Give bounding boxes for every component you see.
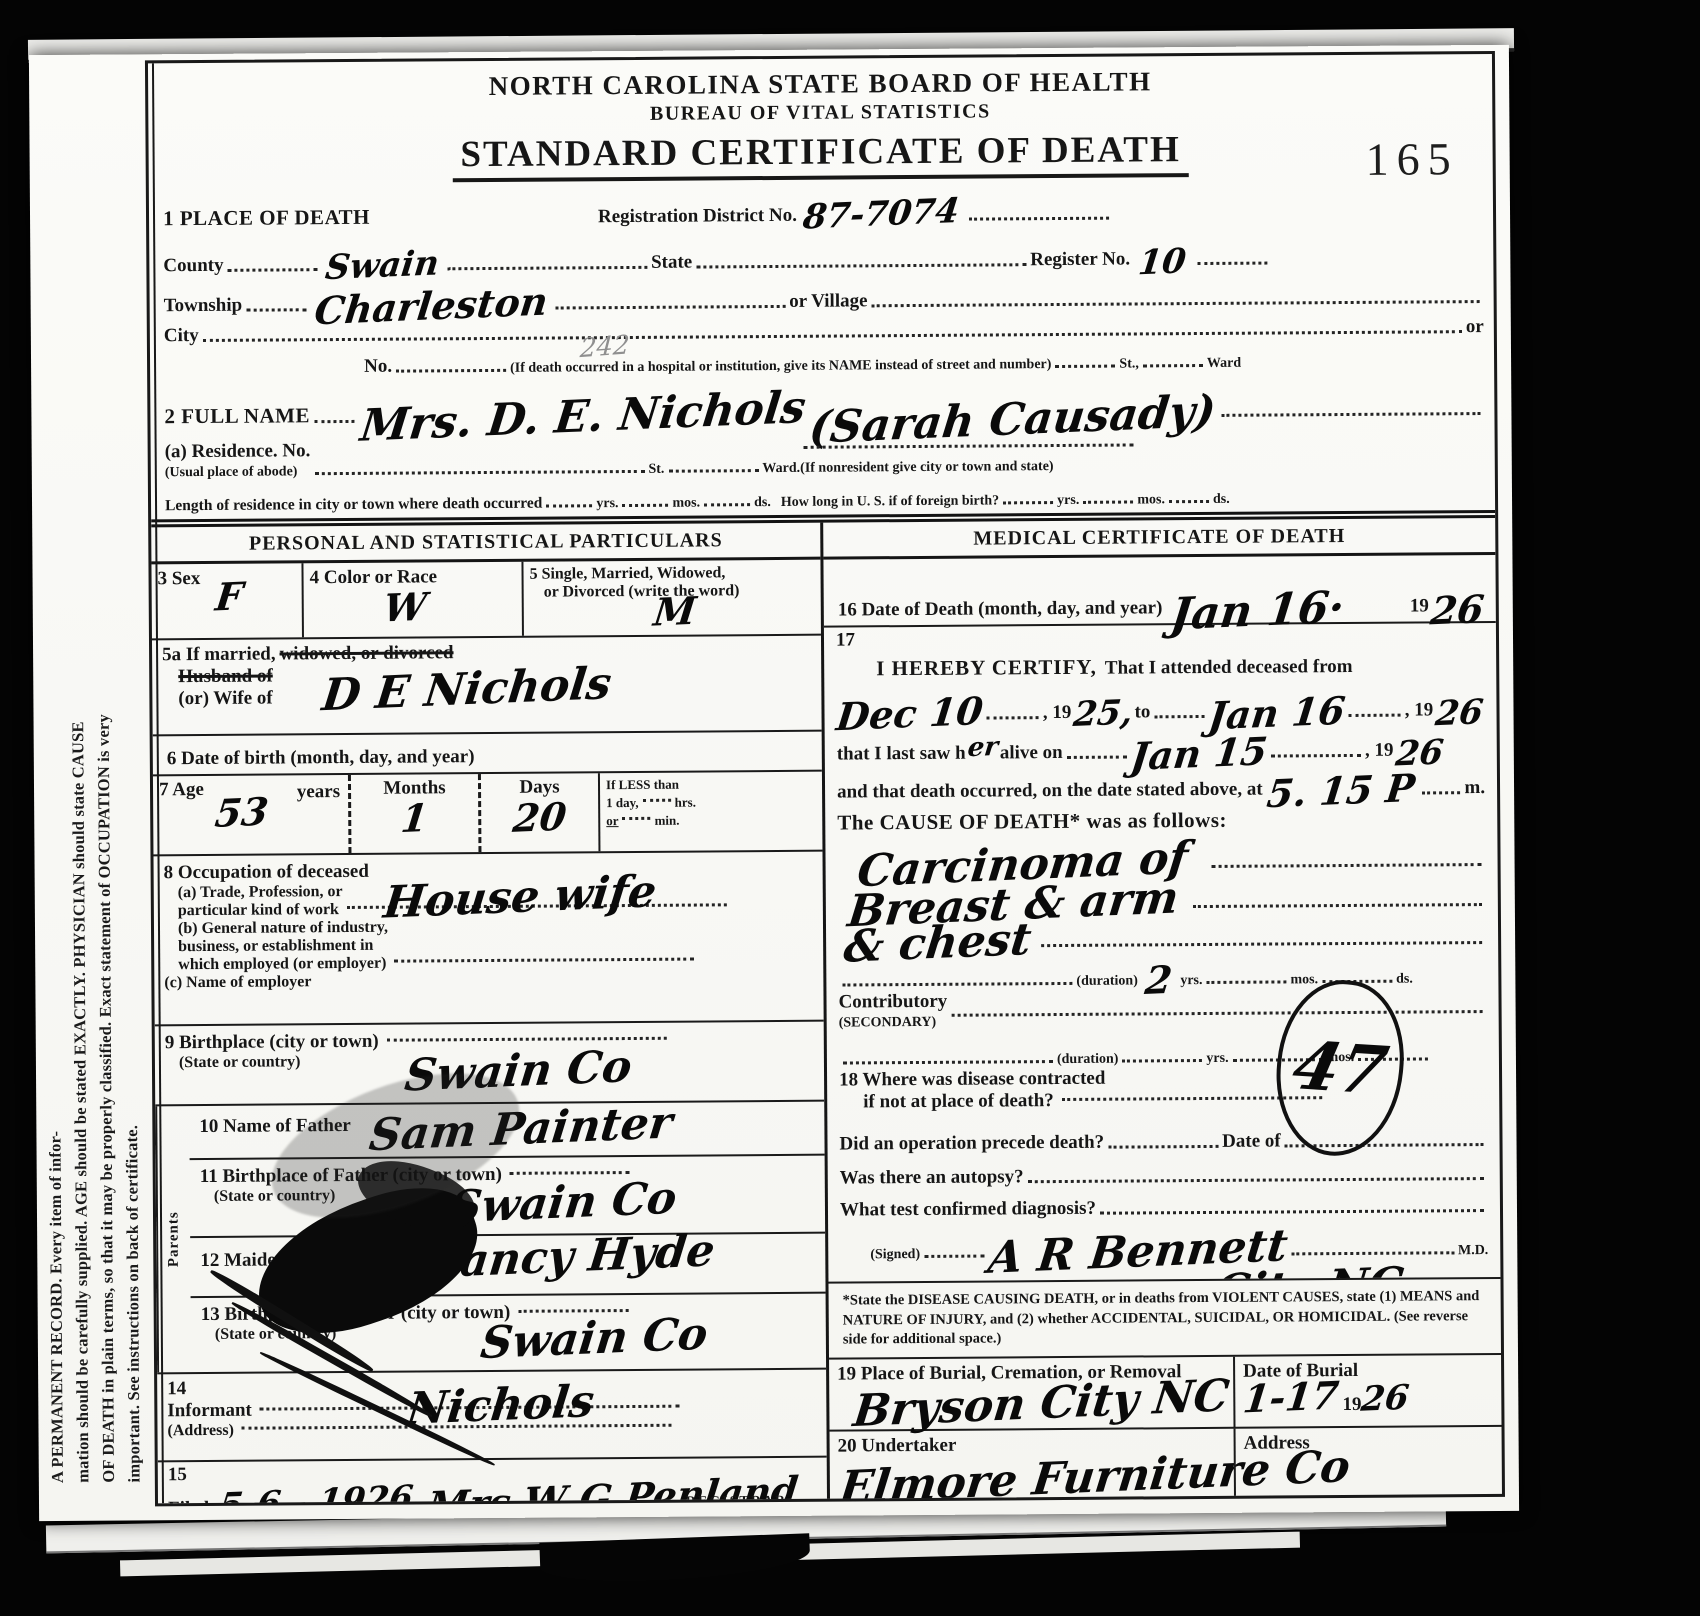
cause-line-2: Breast & arm [838, 871, 1486, 916]
years-label: years [297, 781, 340, 803]
age-months-value: 1 [400, 803, 430, 835]
yrs-label: yrs. [596, 496, 618, 512]
date-of-label: Date of [1222, 1130, 1281, 1152]
saw-label-1: that I last saw h [837, 743, 966, 766]
marital-cell: 5 Single, Married, Widowed, or Divorced … [521, 560, 821, 636]
date-of-death-row: 16 Date of Death (month, day, and year) … [823, 555, 1495, 628]
registration-district-value: 87-7074 [801, 198, 960, 232]
burial-date-value: 1-17 [1242, 1380, 1341, 1415]
test-row: What test confirmed diagnosis? [840, 1185, 1488, 1222]
sex-race-marital-row: 3 Sex F 4 Color or Race W 5 Single, Marr… [151, 560, 821, 641]
occupation-a-label2: particular kind of work [178, 901, 339, 919]
informant-address-label: (Address) [167, 1422, 233, 1439]
year-19-label: , 19 [870, 1279, 899, 1283]
burial-place-cell: 19 Place of Burial, Cremation, or Remova… [829, 1357, 1233, 1432]
date-of-birth-row: 6 Date of birth (month, day, and year) [153, 732, 822, 777]
burial-date-cell: Date of Burial 1-17 1926 [1233, 1355, 1501, 1429]
duration-2-label: (duration) [1057, 1052, 1119, 1068]
occupation-b-label1: (b) General nature of industry, [178, 919, 388, 937]
scanned-death-certificate: A PERMANENT RECORD. Every item of infor-… [0, 0, 1700, 1616]
margin-instruction-note: A PERMANENT RECORD. Every item of infor-… [35, 82, 151, 1483]
marital-label-2: or Divorced (write the word) [544, 582, 740, 600]
race-cell: 4 Color or Race W [301, 562, 522, 638]
to-19: , 19 [1405, 699, 1434, 721]
residence-st-label: St. [648, 462, 664, 478]
mos2-label: mos. [1137, 492, 1165, 508]
register-no-value: 10 [1137, 248, 1187, 277]
burial-block: 19 Place of Burial, Cremation, or Remova… [829, 1355, 1502, 1501]
informant-value: Nichols [405, 1384, 595, 1427]
duration-ds: ds. [1396, 972, 1413, 988]
signed-row: (Signed) A R Bennett M.D. [840, 1217, 1488, 1264]
age-months-cell: Months 1 [348, 774, 479, 853]
less-line2: 1 day, [606, 795, 639, 810]
autopsy-label: Was there an autopsy? [840, 1166, 1024, 1189]
occupation-a-label1: (a) Trade, Profession, or [178, 883, 343, 901]
st-label: St., [1119, 356, 1139, 372]
residence-label: (a) Residence. No. [165, 440, 311, 462]
if-married-struck: widowed, or divorced [279, 642, 453, 664]
occupation-b-label2: business, or establishment in [178, 937, 373, 955]
township-label: Township [164, 295, 243, 318]
form-header: NORTH CAROLINA STATE BOARD OF HEALTH BUR… [148, 54, 1493, 201]
cause-line-1: Carcinoma of [837, 831, 1485, 876]
nonresident-note: (If nonresident give city or town and st… [800, 459, 1054, 476]
less-than-day-cell: If LESS than 1 day,hrs. ormin. [598, 772, 823, 852]
city-label: City [164, 325, 199, 347]
married-to-row: 5a If married, widowed, or divorced Husb… [152, 636, 822, 737]
saw-19: , 19 [1365, 740, 1394, 762]
occupation-a-value: House wife [382, 874, 658, 921]
age-days-value: 20 [512, 801, 568, 834]
wife-of-value: D E Nichols [320, 666, 613, 713]
sex-value: F [214, 581, 244, 613]
test-label: What test confirmed diagnosis? [840, 1198, 1096, 1222]
dod-year-value: 26 [1429, 594, 1485, 627]
sex-cell: 3 Sex F [151, 563, 302, 638]
occurred-label: and that death occurred, on the date sta… [837, 779, 1263, 804]
signed-label: (Signed) [870, 1247, 920, 1263]
ward-label: Ward [1207, 356, 1241, 372]
burial-year: 26 [1360, 1385, 1410, 1414]
occupation-b-label3: which employed (or employer) [178, 955, 386, 973]
us-residence-label: How long in U. S. if of foreign birth? [781, 493, 999, 511]
place-of-death-label: 1 PLACE OF DEATH [163, 205, 370, 231]
no-label: No. [364, 356, 392, 378]
certificate-paper: A PERMANENT RECORD. Every item of infor-… [29, 45, 1519, 1521]
form-columns: PERSONAL AND STATISTICAL PARTICULARS 3 S… [151, 518, 1502, 1505]
informant-label: Informant [167, 1400, 252, 1422]
q18-label-1: 18 Where was disease contracted [839, 1068, 1105, 1091]
mos-label: mos. [672, 496, 700, 512]
undertaker-label: 20 Undertaker [838, 1435, 957, 1457]
cause-of-death-label: The CAUSE OF DEATH* was as follows: [837, 808, 1227, 836]
birthplace-sub-label: (State or country) [179, 1053, 301, 1071]
filed-value: 5-6 - 1926 [218, 1485, 415, 1505]
occupation-row: 8 Occupation of deceased (a) Trade, Prof… [153, 852, 823, 1027]
operation-row: Did an operation precede death? Date of [839, 1115, 1487, 1156]
informant-num: 14 [167, 1378, 186, 1399]
or-label: or [1466, 316, 1484, 338]
scan-shadow [539, 1533, 810, 1584]
from-19: , 19 [1043, 702, 1072, 724]
age-label: 7 Age [159, 779, 204, 800]
parents-vertical-label: Parents [155, 1106, 191, 1372]
ds2-label: ds. [1213, 492, 1230, 508]
less-or: or [606, 813, 618, 828]
cause-of-death-label-row: The CAUSE OF DEATH* was as follows: [837, 799, 1485, 836]
undertaker-address-cell: Address [1234, 1427, 1502, 1501]
duration-row: (duration) 2 yrs. mos. ds. [838, 949, 1486, 992]
md-label: M.D. [1458, 1243, 1488, 1259]
attended-dates-row: Dec 10 , 19 25, to Jan 16 , 19 26 [836, 677, 1484, 726]
undertaker-address-label: Address [1244, 1432, 1310, 1453]
secondary-label: (SECONDARY) [839, 1015, 937, 1031]
marital-value: M [652, 596, 698, 628]
county-label: County [163, 255, 223, 277]
to-label: to [1134, 701, 1150, 723]
register-no-label: Register No. [1030, 249, 1130, 272]
age-row: 7 Age 53 years Months 1 Days 20 [153, 772, 823, 857]
sex-label: 3 Sex [157, 568, 200, 589]
contributory-label: Contributory [838, 991, 947, 1013]
wife-of-label: (or) Wife of [178, 687, 272, 709]
operation-label: Did an operation precede death? [839, 1132, 1104, 1156]
filed-num: 15 [168, 1464, 187, 1485]
last-saw-row: that I last saw h er alive on Jan 15 , 1… [837, 721, 1485, 766]
registrar-label: REGISTRAR [686, 1494, 787, 1505]
race-value: W [382, 592, 428, 624]
certify-rest: That I attended deceased from [1105, 656, 1353, 680]
filed-label: Filed [168, 1498, 209, 1505]
residence-ward-label: Ward. [762, 461, 800, 477]
num-17-label: 17 [836, 629, 855, 650]
marital-label-1: 5 Single, Married, Widowed, [529, 564, 725, 582]
saw-label-2: alive on [1000, 742, 1063, 764]
date-of-birth-label: 6 Date of birth (month, day, and year) [167, 746, 475, 770]
street-number-pencil-value: 242 [579, 330, 630, 364]
occupation-label: 8 Occupation of deceased [164, 861, 369, 883]
certificate-form: NORTH CAROLINA STATE BOARD OF HEALTH BUR… [145, 51, 1505, 1506]
duration-mos: mos. [1290, 972, 1318, 988]
less-hrs: hrs. [675, 795, 696, 810]
county-value: Swain [324, 250, 441, 282]
certify-bold: I HEREBY CERTIFY, [876, 655, 1097, 682]
abode-note: (Usual place of abode) [165, 464, 298, 480]
death-occurred-row: and that death occurred, on the date sta… [837, 761, 1485, 804]
certificate-number-stamp: 165 [1365, 132, 1458, 186]
dod-19: 19 [1410, 595, 1429, 617]
age-years-value: 53 [213, 797, 269, 830]
occupation-c-label: (c) Name of employer [164, 973, 311, 991]
birthplace-label: 9 Birthplace (city or town) [165, 1031, 379, 1053]
m-label: m. [1464, 777, 1485, 799]
length-label: Length of residence in city or town wher… [165, 495, 542, 516]
cause-footnote: *State the DISEASE CAUSING DEATH, or in … [828, 1279, 1501, 1360]
medical-certificate-column: MEDICAL CERTIFICATE OF DEATH 16 Date of … [823, 518, 1502, 1501]
certification-block: 17 I HEREBY CERTIFY, That I attended dec… [824, 623, 1501, 1284]
duration-2-yrs: yrs. [1206, 1051, 1228, 1067]
cause-line-3: & chest [838, 911, 1486, 954]
q18-label-2: if not at place of death? [863, 1090, 1054, 1112]
date-of-death-label: 16 Date of Death (month, day, and year) [838, 597, 1163, 621]
burial-place-value: Bryson City NC [851, 1378, 1230, 1429]
personal-statistical-column: PERSONAL AND STATISTICAL PARTICULARS 3 S… [151, 523, 830, 1506]
mother-birthplace-value: Swain Co [479, 1316, 709, 1361]
full-name-label: 2 FULL NAME [164, 403, 310, 429]
residence-row: (a) Residence. No. (Usual place of abode… [151, 424, 1495, 485]
husband-of-struck: Husband of [178, 665, 273, 687]
burial-19: 19 [1342, 1394, 1361, 1415]
age-years-cell: 7 Age 53 years [153, 775, 349, 854]
if-married-label: 5a If married, [162, 643, 276, 665]
personal-section-title: PERSONAL AND STATISTICAL PARTICULARS [151, 523, 820, 565]
informant-row: 14 Informant (Address) Nichols [157, 1370, 827, 1463]
undertaker-cell: 20 Undertaker Elmore Furniture Co [830, 1429, 1234, 1501]
certify-row: I HEREBY CERTIFY, That I attended deceas… [836, 647, 1484, 682]
registration-district-label: Registration District No. [598, 205, 797, 228]
duration-yrs: yrs. [1180, 973, 1202, 989]
saw-insert: er [966, 737, 999, 759]
less-min: min. [654, 813, 679, 828]
certificate-title: STANDARD CERTIFICATE OF DEATH [452, 128, 1189, 182]
registrar-signature: Mrs W G Penland [425, 1475, 799, 1505]
age-days-cell: Days 20 [478, 773, 599, 852]
ds-label: ds. [754, 495, 771, 511]
duration-label: (duration) [1076, 973, 1138, 989]
less-line1: If LESS than [606, 777, 679, 793]
father-birthplace-value: Swain Co [448, 1181, 678, 1226]
state-label: State [651, 252, 692, 274]
circled-code-value: 47 [1288, 1039, 1391, 1097]
yrs2-label: yrs. [1057, 493, 1079, 509]
medical-section-title: MEDICAL CERTIFICATE OF DEATH [823, 518, 1495, 560]
or-village-label: or Village [789, 290, 867, 313]
autopsy-row: Was there an autopsy? [840, 1151, 1488, 1190]
